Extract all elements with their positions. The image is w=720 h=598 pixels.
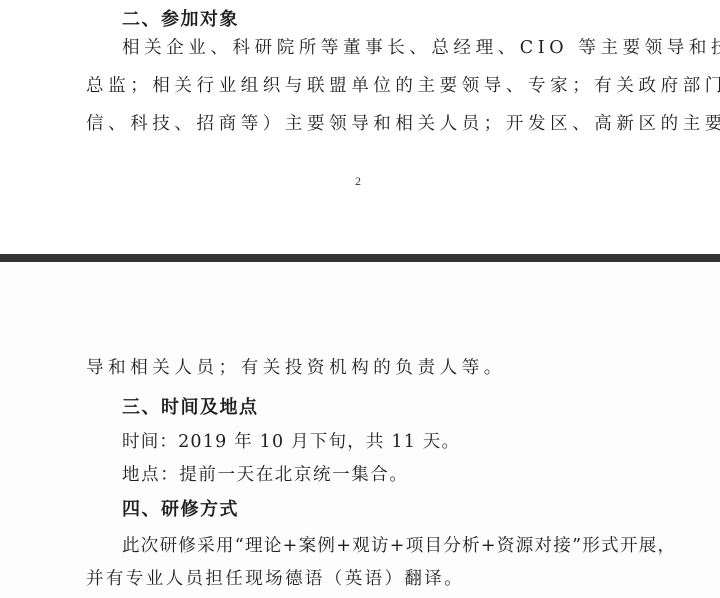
page-number: 2 [355, 174, 361, 189]
document-page-lower: 导和相关人员；有关投资机构的负责人等。 三、时间及地点 时间：2019 年 10… [0, 262, 720, 598]
page-break-divider [0, 254, 720, 262]
section-heading-participants: 二、参加对象 [122, 9, 239, 31]
document-page-upper: 二、参加对象 相关企业、科研院所等董事长、总经理、CIO 等主要领导和技术 总监… [0, 0, 720, 254]
paragraph-line: 相关企业、科研院所等董事长、总经理、CIO 等主要领导和技术 [122, 37, 720, 59]
paragraph-line: 并有专业人员担任现场德语（英语）翻译。 [86, 568, 464, 590]
paragraph-line: 信、科技、招商等）主要领导和相关人员；开发区、高新区的主要领 [86, 113, 720, 135]
section-heading-time-place: 三、时间及地点 [122, 397, 259, 419]
section-heading-training-method: 四、研修方式 [122, 499, 239, 521]
paragraph-line: 总监；相关行业组织与联盟单位的主要领导、专家；有关政府部门（工 [86, 75, 720, 97]
paragraph-line: 此次研修采用“理论+案例+观访+项目分析+资源对接”形式开展， [122, 535, 676, 557]
time-line: 时间：2019 年 10 月下旬，共 11 天。 [122, 431, 460, 453]
place-line: 地点：提前一天在北京统一集合。 [122, 464, 409, 486]
paragraph-continuation-line: 导和相关人员；有关投资机构的负责人等。 [86, 357, 506, 379]
